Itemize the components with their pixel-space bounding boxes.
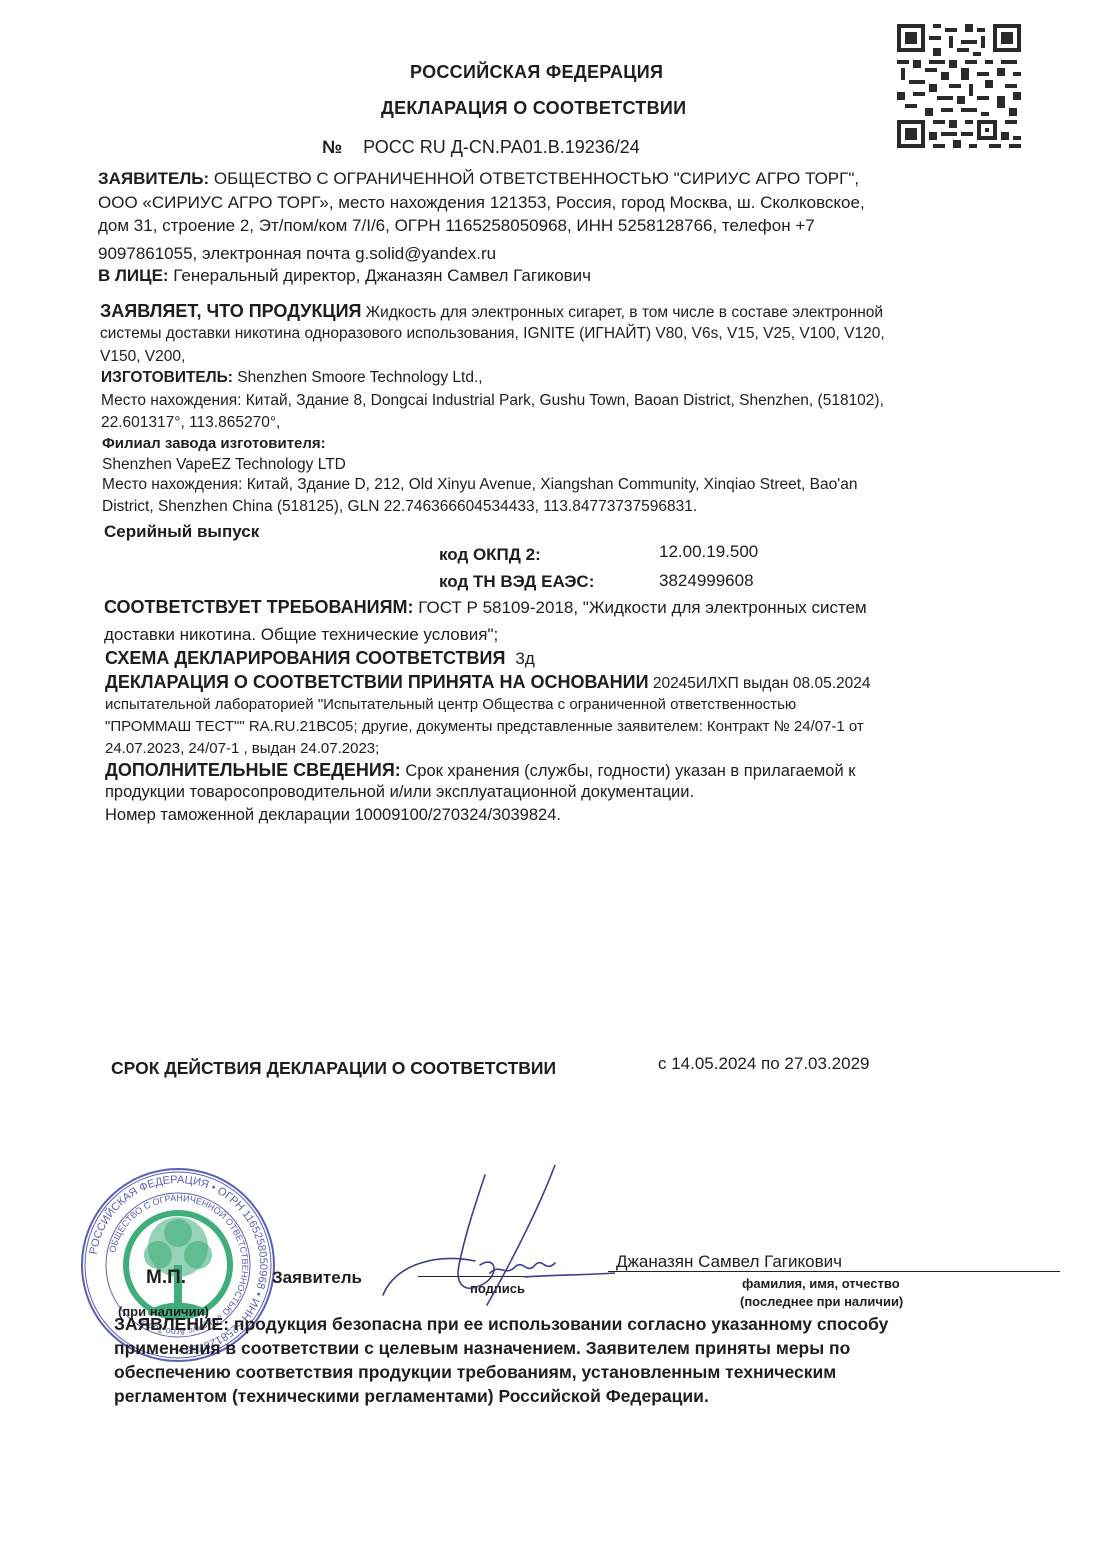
applicant-sign-label: Заявитель <box>272 1268 362 1288</box>
tnved-value: 3824999608 <box>659 571 754 591</box>
declaration-number-row: № РОСС RU Д-CN.РА01.В.19236/24 <box>322 137 640 158</box>
manufacturer-address-1: Место нахождения: Китай, Здание 8, Dongc… <box>101 392 884 410</box>
manufacturer-address-2: 22.601317°, 113.865270°, <box>101 414 280 432</box>
additional-label: ДОПОЛНИТЕЛЬНЫЕ СВЕДЕНИЯ: <box>105 760 401 780</box>
name-caption-1: фамилия, имя, отчество <box>742 1276 900 1291</box>
number-sign: № <box>322 137 342 157</box>
tnved-label: код ТН ВЭД ЕАЭС: <box>439 572 594 592</box>
applicant-label: ЗАЯВИТЕЛЬ: <box>98 169 209 188</box>
customs-declaration: Номер таможенной декларации 10009100/270… <box>105 806 561 825</box>
product-label: ЗАЯВЛЯЕТ, ЧТО ПРОДУКЦИЯ <box>100 301 361 321</box>
branch-name: Shenzhen VapeEZ Technology LTD <box>102 456 346 474</box>
scheme-label: СХЕМА ДЕКЛАРИРОВАНИЯ СООТВЕТСТВИЯ <box>105 648 505 668</box>
statement-line-2: применения в соответствии с целевым назн… <box>114 1338 850 1359</box>
statement-line-3: обеспечению соответствия продукции требо… <box>114 1362 836 1383</box>
applicant-line-4: 9097861055, электронная почта g.solid@ya… <box>98 243 496 265</box>
manufacturer-label: ИЗГОТОВИТЕЛЬ: <box>101 369 233 386</box>
applicant-line-2: ООО «СИРИУС АГРО ТОРГ», место нахождения… <box>98 192 865 214</box>
statement-label: ЗАЯВЛЕНИЕ: <box>114 1314 229 1334</box>
serial-release: Серийный выпуск <box>104 522 259 542</box>
statement-line-1: ЗАЯВЛЕНИЕ: продукция безопасна при ее ис… <box>114 1314 888 1335</box>
declaration-number: РОСС RU Д-CN.РА01.В.19236/24 <box>363 137 640 157</box>
statement-line-4: регламентом (техническими регламентами) … <box>114 1386 709 1407</box>
qr-code-icon <box>893 20 1025 152</box>
basis-line-1: ДЕКЛАРАЦИЯ О СООТВЕТСТВИИ ПРИНЯТА НА ОСН… <box>105 672 871 693</box>
basis-line-2: испытательной лабораторией "Испытательны… <box>105 696 796 713</box>
basis-line-4: 24.07.2023, 24/07-1 , выдан 24.07.2023; <box>105 740 379 757</box>
branch-label: Филиал завода изготовителя: <box>102 435 326 452</box>
validity-value: с 14.05.2024 по 27.03.2029 <box>658 1054 870 1074</box>
product-line-2: системы доставки никотина одноразового и… <box>100 325 885 343</box>
signature-icon <box>375 1165 615 1315</box>
additional-line-2: продукции товаросопроводительной и/или э… <box>105 783 694 802</box>
name-underline <box>608 1271 1060 1272</box>
person-label: В ЛИЦЕ: <box>98 266 169 285</box>
branch-address-1: Место нахождения: Китай, Здание D, 212, … <box>102 476 857 494</box>
manufacturer-line: ИЗГОТОВИТЕЛЬ: Shenzhen Smoore Technology… <box>101 369 483 387</box>
requirements-line-2: доставки никотина. Общие технические усл… <box>104 625 498 645</box>
applicant-line-3: дом 31, строение 2, Эт/пом/ком 7/I/6, ОГ… <box>98 215 815 237</box>
applicant-line-1: ЗАЯВИТЕЛЬ: ОБЩЕСТВО С ОГРАНИЧЕННОЙ ОТВЕТ… <box>98 168 859 190</box>
document-title: ДЕКЛАРАЦИЯ О СООТВЕТСТВИИ <box>381 98 686 119</box>
basis-line-3: "ПРОММАШ ТЕСТ"" RA.RU.21ВС05; другие, до… <box>105 718 864 735</box>
requirements-label: СООТВЕТСТВУЕТ ТРЕБОВАНИЯМ: <box>104 597 414 617</box>
scheme-line: СХЕМА ДЕКЛАРИРОВАНИЯ СООТВЕТСТВИЯ3д <box>105 648 535 669</box>
scheme-value: 3д <box>515 649 534 668</box>
country-title: РОССИЙСКАЯ ФЕДЕРАЦИЯ <box>410 62 663 83</box>
company-seal-icon: РОССИЙСКАЯ ФЕДЕРАЦИЯ • ОГРН 116525805096… <box>78 1165 278 1365</box>
basis-label: ДЕКЛАРАЦИЯ О СООТВЕТСТВИИ ПРИНЯТА НА ОСН… <box>105 672 649 692</box>
stamp-mark-label: М.П. <box>146 1267 186 1289</box>
branch-address-2: District, Shenzhen China (518125), GLN 2… <box>102 498 697 516</box>
okpd-label: код ОКПД 2: <box>439 545 541 565</box>
product-line-3: V150, V200, <box>100 348 185 366</box>
applicant-person: В ЛИЦЕ: Генеральный директор, Джаназян С… <box>98 265 591 287</box>
validity-label: СРОК ДЕЙСТВИЯ ДЕКЛАРАЦИИ О СООТВЕТСТВИИ <box>111 1058 556 1079</box>
okpd-value: 12.00.19.500 <box>659 542 758 562</box>
signer-name: Джаназян Самвел Гагикович <box>616 1252 842 1272</box>
requirements-line-1: СООТВЕТСТВУЕТ ТРЕБОВАНИЯМ: ГОСТ Р 58109-… <box>104 597 867 618</box>
additional-line-1: ДОПОЛНИТЕЛЬНЫЕ СВЕДЕНИЯ: Срок хранения (… <box>105 760 855 781</box>
product-line-1: ЗАЯВЛЯЕТ, ЧТО ПРОДУКЦИЯ Жидкость для эле… <box>100 301 883 322</box>
name-caption-2: (последнее при наличии) <box>740 1294 903 1309</box>
